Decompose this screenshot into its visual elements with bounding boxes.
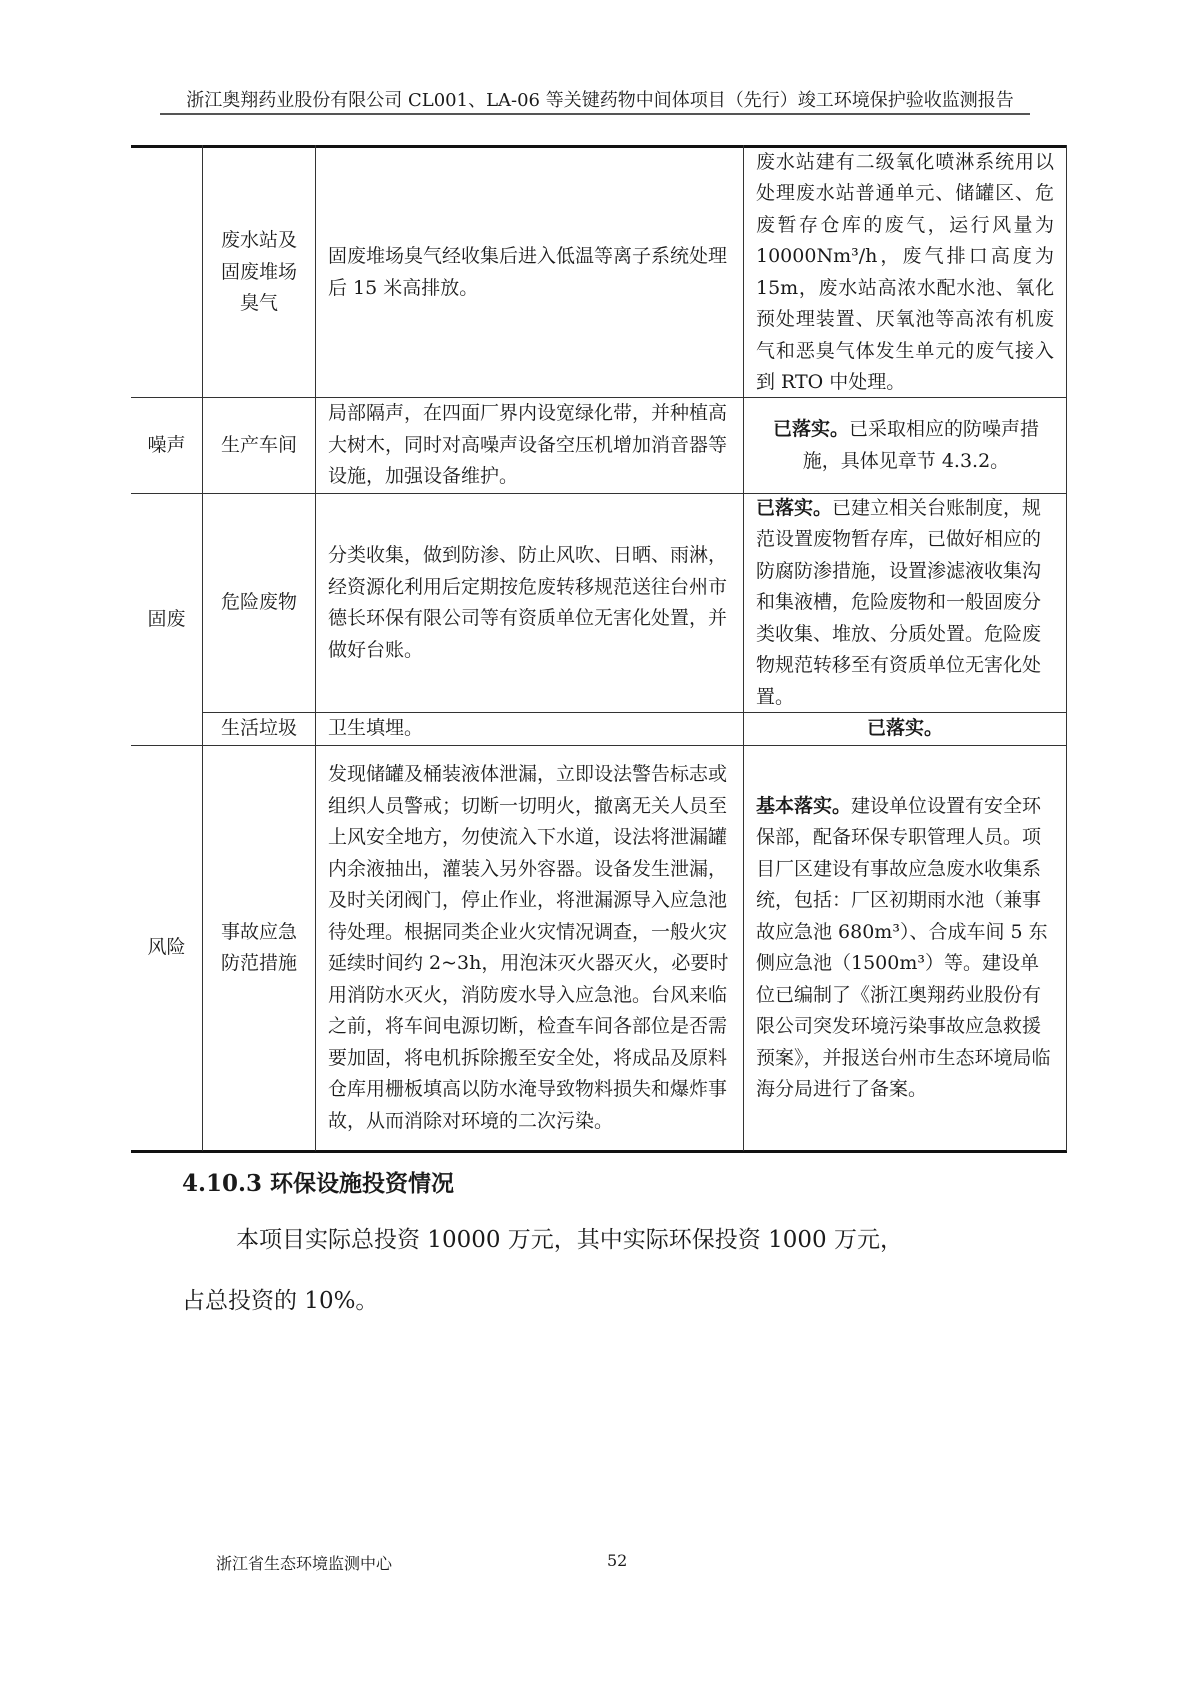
status-label: 已落实。 bbox=[756, 497, 832, 519]
body-paragraph-line-2: 占总投资的 10%。 bbox=[182, 1281, 378, 1321]
measure-cell: 卫生填埋。 bbox=[316, 713, 743, 745]
section-heading: 4.10.3 环保设施投资情况 bbox=[182, 1165, 454, 1198]
status-label: 基本落实。 bbox=[756, 795, 851, 817]
footer-organization: 浙江省生态环境监测中心 bbox=[216, 1551, 392, 1574]
measure-cell: 局部隔声，在四面厂界内设宽绿化带，并种植高大树木，同时对高噪声设备空压机增加消音… bbox=[316, 398, 743, 493]
status-text: 建设单位设置有安全环保部，配备环保专职管理人员。项目厂区建设有事故应急废水收集系… bbox=[756, 795, 1051, 1101]
measure-cell: 固废堆场臭气经收集后进入低温等离子系统处理后 15 米高排放。 bbox=[316, 148, 743, 397]
category-cell-risk: 风险 bbox=[131, 746, 202, 1150]
environmental-measures-table: 废水站及固废堆场臭气 固废堆场臭气经收集后进入低温等离子系统处理后 15 米高排… bbox=[131, 145, 1067, 1153]
source-cell: 危险废物 bbox=[203, 494, 315, 712]
column-divider bbox=[1066, 145, 1067, 1151]
status-text: 废水站建有二级氧化喷淋系统用以处理废水站普通单元、储罐区、危废暂存仓库的废气，运… bbox=[756, 151, 1054, 394]
page-number: 52 bbox=[607, 1551, 627, 1570]
status-cell: 已落实。已建立相关台账制度，规范设置废物暂存库，已做好相应的防腐防渗措施，设置渗… bbox=[744, 494, 1066, 712]
category-cell-noise: 噪声 bbox=[131, 398, 202, 493]
status-cell: 废水站建有二级氧化喷淋系统用以处理废水站普通单元、储罐区、危废暂存仓库的废气，运… bbox=[744, 148, 1066, 397]
status-label: 已落实。 bbox=[773, 418, 849, 440]
report-title: 浙江奥翔药业股份有限公司 CL001、LA-06 等关键药物中间体项目（先行）竣… bbox=[170, 86, 1030, 112]
status-text: 已建立相关台账制度，规范设置废物暂存库，已做好相应的防腐防渗措施，设置渗滤液收集… bbox=[756, 497, 1041, 708]
table-row bbox=[131, 148, 202, 397]
status-cell: 基本落实。建设单位设置有安全环保部，配备环保专职管理人员。项目厂区建设有事故应急… bbox=[744, 746, 1066, 1150]
status-cell: 已落实。已采取相应的防噪声措施，具体见章节 4.3.2。 bbox=[744, 398, 1066, 493]
source-cell: 生活垃圾 bbox=[203, 713, 315, 745]
measure-cell: 发现储罐及桶装液体泄漏，立即设法警告标志或组织人员警戒；切断一切明火，撤离无关人… bbox=[316, 746, 743, 1150]
table-bottom-border bbox=[131, 1150, 1067, 1153]
source-cell: 生产车间 bbox=[203, 398, 315, 493]
body-paragraph-line-1: 本项目实际总投资 10000 万元，其中实际环保投资 1000 万元， bbox=[236, 1220, 903, 1260]
category-cell-solid-waste: 固废 bbox=[131, 494, 202, 745]
measure-cell: 分类收集，做到防渗、防止风吹、日晒、雨淋，经资源化利用后定期按危废转移规范送往台… bbox=[316, 494, 743, 712]
source-cell: 废水站及固废堆场臭气 bbox=[203, 148, 315, 397]
status-label: 已落实。 bbox=[867, 713, 943, 745]
source-cell: 事故应急防范措施 bbox=[203, 746, 315, 1150]
status-cell: 已落实。 bbox=[744, 713, 1066, 745]
header-divider bbox=[160, 113, 1030, 115]
